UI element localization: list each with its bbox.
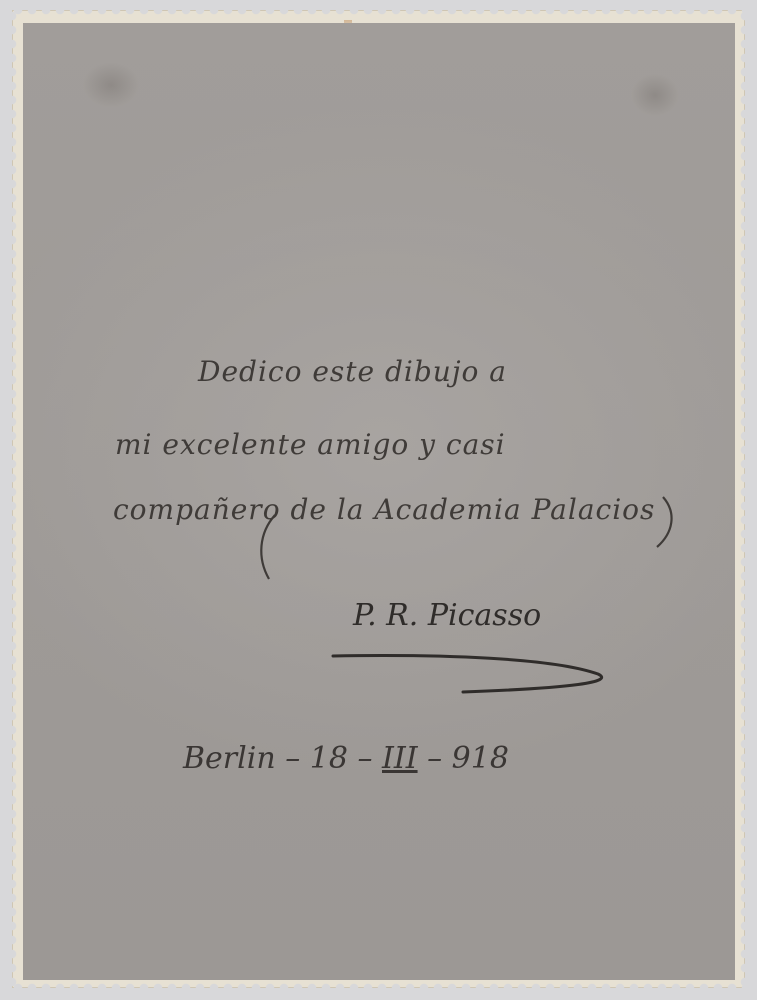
date-year: 918 xyxy=(452,741,509,776)
dedication-line-1: Dedico este dibujo a xyxy=(198,355,507,388)
deckled-edge-bottom xyxy=(12,982,745,988)
date-separator: – xyxy=(418,741,452,776)
page-background: Dedico este dibujo a mi excelente amigo … xyxy=(0,0,757,1000)
date-month: III xyxy=(382,741,418,776)
descender-stroke-right xyxy=(651,493,681,553)
date-day: 18 xyxy=(310,741,348,776)
signature: P. R. Picasso xyxy=(353,598,541,633)
date-place: Berlin xyxy=(183,741,276,776)
dedication-line-3: compañero de la Academia Palacios xyxy=(113,493,655,526)
dedication-line-2: mi excelente amigo y casi xyxy=(115,428,506,461)
deckled-edge-right xyxy=(739,10,745,988)
date-separator: – xyxy=(348,741,382,776)
descender-stroke-left xyxy=(255,513,285,583)
dateline: Berlin – 18 – III – 918 xyxy=(183,741,509,776)
deckled-edge-left xyxy=(12,10,18,988)
deckled-edge-top xyxy=(12,10,745,16)
date-separator: – xyxy=(276,741,310,776)
signature-flourish xyxy=(323,648,613,708)
photo-card: Dedico este dibujo a mi excelente amigo … xyxy=(12,10,745,988)
photo-surface: Dedico este dibujo a mi excelente amigo … xyxy=(23,23,735,980)
